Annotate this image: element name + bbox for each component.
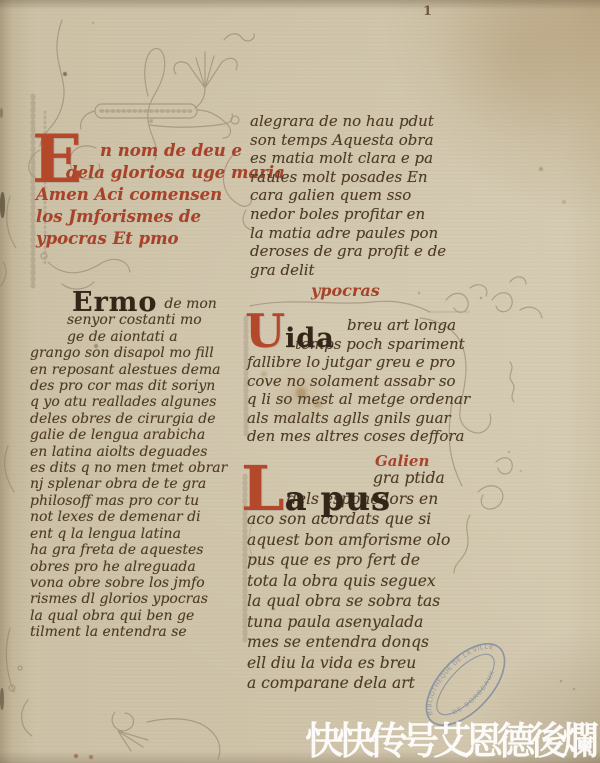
ypocras-heading: ypocras [311, 281, 380, 300]
manuscript-line: son temps Aquesta obra [250, 131, 485, 150]
drop-cap-initial-u: U [245, 304, 285, 358]
manuscript-line: en reposant alestues dema [30, 362, 248, 378]
manuscript-line: rismes dl glorios ypocras [30, 591, 248, 607]
manuscript-line: la qual obra se sobra tas [247, 591, 487, 612]
manuscript-line: als malalts aglls gnils guar [247, 409, 485, 428]
manuscript-line: pus que es pro fert de [247, 550, 487, 571]
sermo-paragraph: Ermode mon senyor costanti moge de aiont… [30, 295, 248, 641]
under-rubric-flourish-icon [41, 253, 130, 289]
manuscript-page: 1 [0, 0, 600, 763]
manuscript-line: not lexes de demenar di [30, 509, 248, 525]
incipit-rubric: E n nom de deu edela gloriosa uge mariaA… [36, 140, 241, 250]
manuscript-line: n nom de deu e [100, 140, 241, 162]
manuscript-line: la qual obra qui ben ge [30, 608, 248, 624]
manuscript-line: los Jmforismes de [36, 206, 241, 228]
manuscript-line: es dits q no men tmet obrar [30, 460, 248, 476]
manuscript-line: alegrara de no hau pdut [250, 112, 485, 131]
left-margin-squiggle-icon [1, 196, 16, 492]
beaded-band-flourish-icon [81, 104, 239, 138]
sermo-first-rest: de mon [164, 296, 216, 312]
manuscript-line: tilment la entendra se [30, 624, 248, 640]
sermo-lines: senyor costanti moge de aiontati agrango… [30, 312, 248, 640]
manuscript-line: den mes altres coses deffora [247, 427, 485, 446]
manuscript-line: ent q la lengua latina [30, 526, 248, 542]
manuscript-line: la matia adre paules pon [250, 224, 485, 243]
right-paragraph-1: alegrara de no hau pdutson temps Aquesta… [250, 112, 485, 279]
vida-big-word: Uida [245, 308, 335, 354]
manuscript-line: gra delit [250, 261, 485, 280]
manuscript-line: ypocras Et pmo [36, 228, 241, 250]
watermark-text: 快快传号艾恩德後爛 [305, 710, 593, 763]
manuscript-line: aquest bon amforisme olo [247, 530, 487, 551]
manuscript-line: q yo atu reallades algunes [30, 394, 248, 410]
manuscript-line: q li so mest al metge ordenar [247, 390, 485, 409]
manuscript-line: des pro cor mas dit soriyn [30, 378, 248, 394]
manuscript-line: obres pro he alreguada [30, 559, 248, 575]
drop-cap-initial-e: E [32, 126, 82, 192]
manuscript-line: ge de aiontati a [67, 329, 248, 345]
manuscript-line: cara galien quem sso [250, 186, 485, 205]
sermo-first-line: Ermode mon [72, 295, 248, 312]
manuscript-line: nedor boles profitar en [250, 205, 485, 224]
lapus-big-rest: a pus [285, 479, 392, 519]
manuscript-line: cove no solament assabr so [247, 372, 485, 391]
manuscript-line: dela gloriosa uge maria [66, 162, 241, 184]
vida-first-line: breu art longa [347, 316, 485, 335]
para1-lines: alegrara de no hau pdutson temps Aquesta… [250, 112, 485, 279]
vida-paragraph: Uida breu art longa temps poch spariment… [247, 316, 485, 446]
manuscript-line: galie de lengua arabicha [30, 427, 248, 443]
manuscript-line: tota la obra quis seguex [247, 571, 487, 592]
manuscript-line: raules molt posades En [250, 168, 485, 187]
manuscript-line: nj splenar obra de te gra [30, 476, 248, 492]
bottomleft-flourish-icon [6, 628, 220, 759]
drop-cap-initial-l: L [241, 452, 285, 525]
manuscript-line: deroses de gra profit e de [250, 242, 485, 261]
manuscript-line: grango son disapol mo fill [30, 345, 248, 361]
manuscript-line: deles obres de cirurgia de [30, 411, 248, 427]
manuscript-line: philosoff mas pro cor tu [30, 493, 248, 509]
manuscript-line: es matia molt clara e pa [250, 149, 485, 168]
vida-big-rest: ida [285, 323, 335, 354]
manuscript-line: vona obre sobre los jmfo [30, 575, 248, 591]
manuscript-line: ha gra freta de aquestes [30, 542, 248, 558]
manuscript-line: senyor costanti mo [67, 312, 248, 328]
manuscript-line: en latina aiolts deguades [30, 444, 248, 460]
lapus-big-word: La pus [241, 458, 391, 520]
